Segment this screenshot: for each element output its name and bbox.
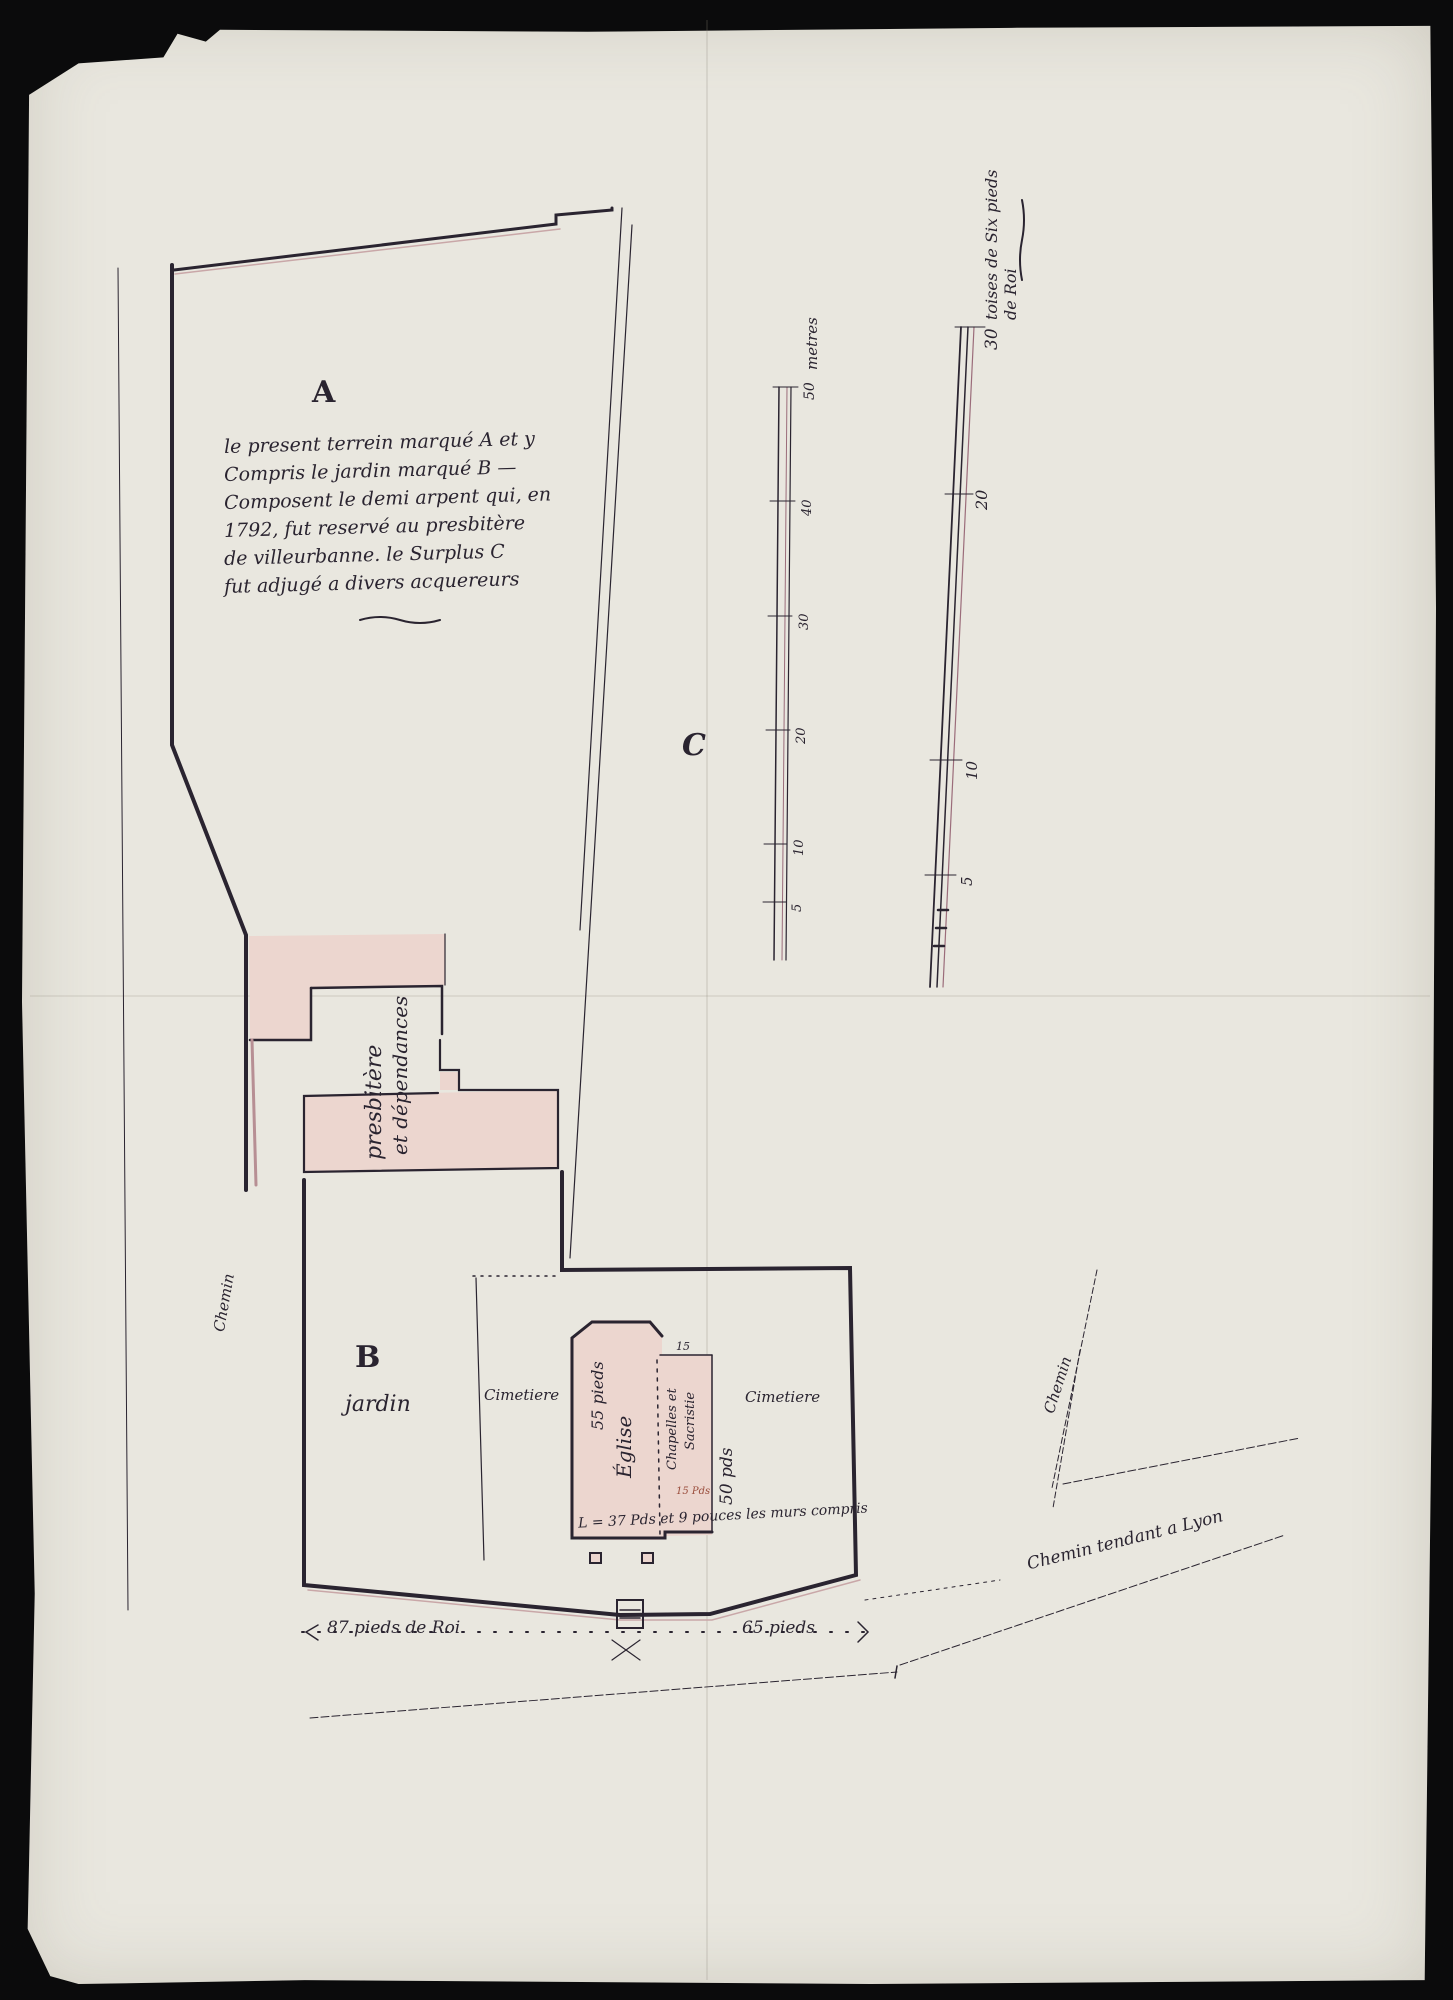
scale-metres-tick: 30 [797, 613, 812, 630]
label-eglise: Église [612, 1416, 636, 1478]
label-chapelle-width-top: 15 [676, 1340, 690, 1353]
dimension-south-left: 87 pieds de Roi [327, 1618, 460, 1638]
label-dependances: et dépendances [388, 996, 412, 1155]
label-cimetiere-left: Cimetiere [484, 1386, 559, 1404]
label-sacristie: Sacristie [683, 1392, 698, 1450]
scale-metres-unit: metres [803, 317, 821, 370]
label-cimetiere-right: Cimetiere [745, 1388, 820, 1406]
label-chapelle: Chapelles et [665, 1388, 680, 1470]
scale-toises-30: 30 [982, 328, 1002, 350]
scale-metres-tick: 20 [794, 727, 809, 744]
west-road-edge [118, 268, 128, 1610]
dimension-south-right: 65 pieds [742, 1618, 815, 1638]
label-presbytere: presbitère [362, 1045, 387, 1160]
scale-metres-tick: 5 [790, 904, 805, 912]
scale-metres-tick: 10 [792, 839, 807, 856]
label-eglise-length: 55 pieds [588, 1361, 607, 1430]
site-plan-drawing [0, 0, 1453, 2000]
label-chapelle-length: 50 pds [717, 1447, 737, 1505]
scale-toises-tick: 10 [963, 761, 981, 780]
scale-toises-tick: 20 [972, 490, 991, 510]
parcel-letter-c: C [682, 728, 706, 763]
parcel-letter-a: A [312, 375, 335, 410]
scale-metres-tick: 40 [800, 499, 815, 516]
label-chapelle-width-bottom: 15 Pds [676, 1486, 710, 1497]
scale-toises-unit: toises de Six pieds de Roi [982, 150, 1020, 320]
scale-toises-tick: 5 [958, 876, 976, 886]
scale-metres-50: 50 [802, 382, 818, 400]
legend-note: le present terrein marqué A et y Compris… [224, 428, 604, 596]
parcel-letter-b: B [355, 1340, 380, 1375]
label-jardin: jardin [345, 1392, 411, 1417]
